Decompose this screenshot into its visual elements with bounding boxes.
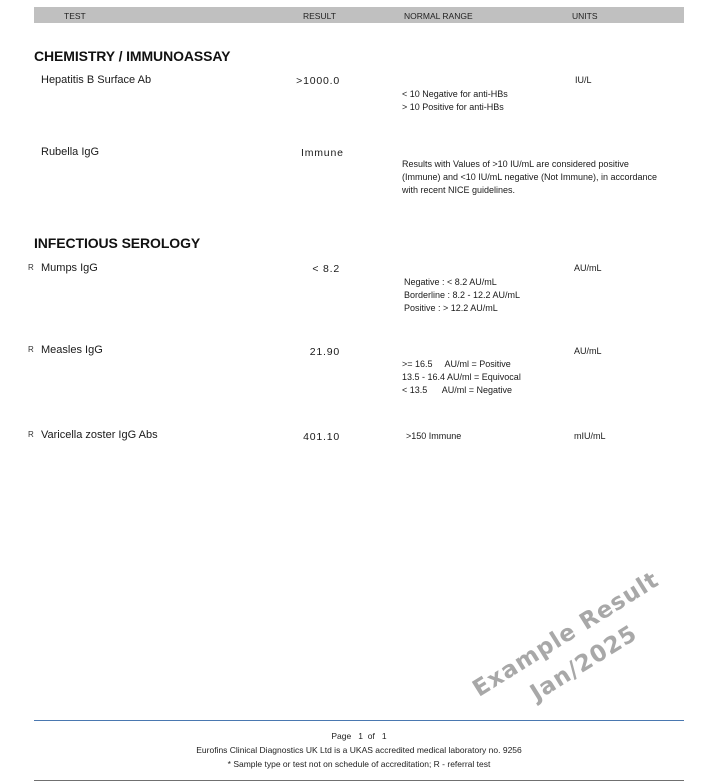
test-name: Rubella IgG bbox=[41, 146, 99, 158]
test-result: 21.90 bbox=[310, 346, 340, 358]
column-header-normal-range: NORMAL RANGE bbox=[404, 11, 473, 21]
normal-range: Results with Values of >10 IU/mL are con… bbox=[402, 158, 657, 197]
example-watermark: Example Result Jan/2025 bbox=[455, 557, 695, 742]
footer-divider-bottom bbox=[34, 780, 684, 781]
test-name: Measles IgG bbox=[41, 344, 103, 356]
normal-range: >= 16.5 AU/ml = Positive 13.5 - 16.4 AU/… bbox=[402, 358, 521, 397]
normal-range: Negative : < 8.2 AU/mL Borderline : 8.2 … bbox=[404, 276, 520, 315]
column-header-units: UNITS bbox=[572, 11, 598, 21]
test-name: Varicella zoster IgG Abs bbox=[41, 429, 158, 441]
referral-flag: R bbox=[28, 263, 34, 272]
normal-range: >150 Immune bbox=[406, 430, 461, 443]
test-name: Hepatitis B Surface Ab bbox=[41, 74, 151, 86]
test-result: >1000.0 bbox=[296, 75, 340, 87]
page-number: Page 1 of 1 bbox=[34, 731, 684, 741]
footer-divider-top bbox=[34, 720, 684, 721]
accreditation-statement: Eurofins Clinical Diagnostics UK Ltd is … bbox=[34, 745, 684, 755]
column-header-result: RESULT bbox=[303, 11, 336, 21]
accreditation-note: * Sample type or test not on schedule of… bbox=[34, 759, 684, 769]
units: AU/mL bbox=[574, 263, 602, 273]
test-name: Mumps IgG bbox=[41, 262, 98, 274]
section-title-chemistry: CHEMISTRY / IMMUNOASSAY bbox=[34, 48, 230, 64]
referral-flag: R bbox=[28, 345, 34, 354]
units: mIU/mL bbox=[574, 431, 606, 441]
column-header-test: TEST bbox=[64, 11, 86, 21]
referral-flag: R bbox=[28, 430, 34, 439]
test-result: < 8.2 bbox=[312, 263, 340, 275]
test-result: 401.10 bbox=[303, 431, 340, 443]
units: IU/L bbox=[575, 75, 592, 85]
test-result: Immune bbox=[301, 147, 344, 159]
units: AU/mL bbox=[574, 346, 602, 356]
normal-range: < 10 Negative for anti-HBs > 10 Positive… bbox=[402, 88, 508, 114]
section-title-infectious-serology: INFECTIOUS SEROLOGY bbox=[34, 235, 200, 251]
